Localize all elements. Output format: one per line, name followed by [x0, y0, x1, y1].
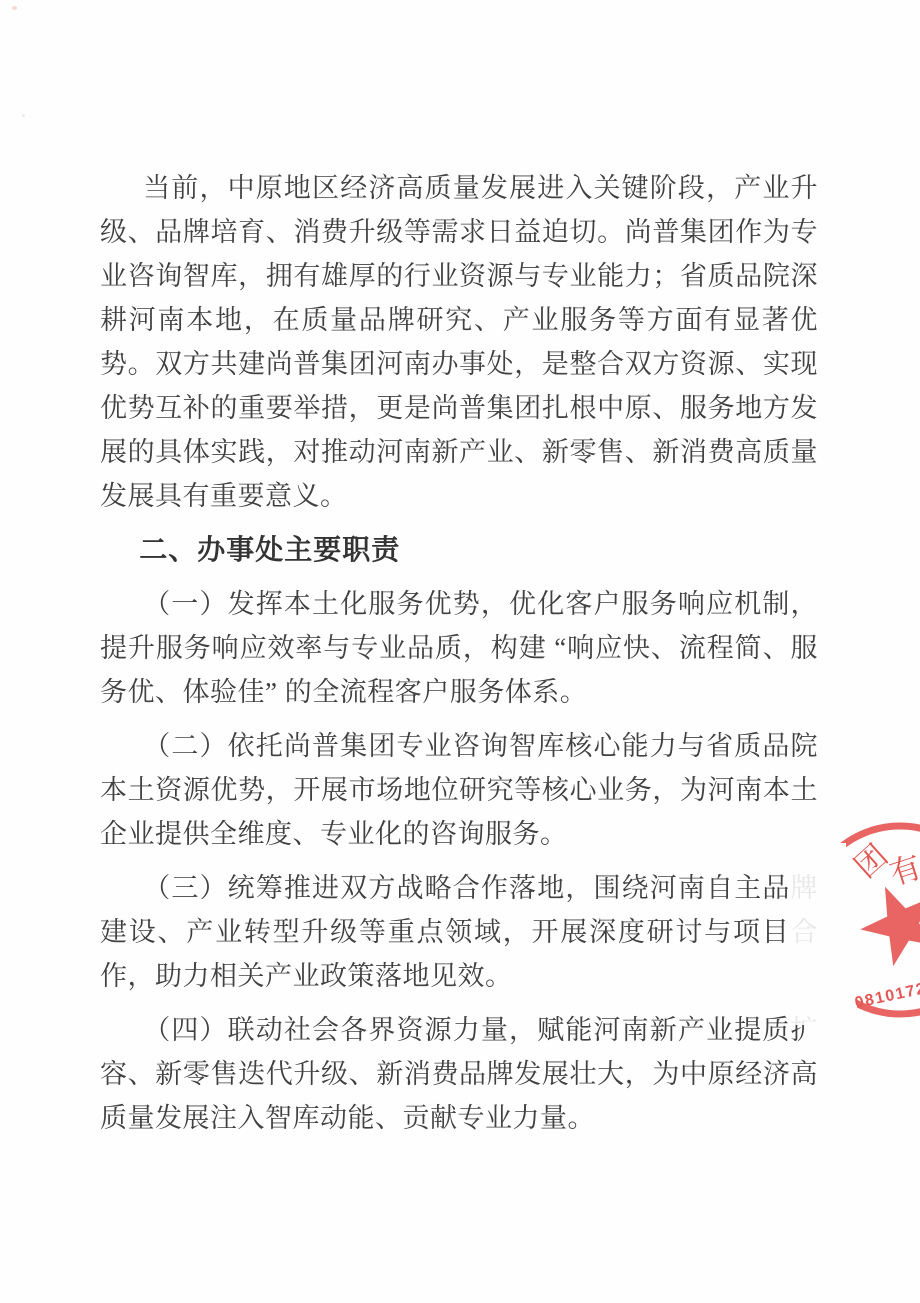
document-body: 当前，中原地区经济高质量发展进入关键阶段，产业升级、品牌培育、消费升级等需求日益…: [100, 0, 818, 1140]
section-heading: 二、办事处主要职责: [100, 528, 818, 572]
seal-star-icon: [848, 870, 920, 972]
paragraph-intro: 当前，中原地区经济高质量发展进入关键阶段，产业升级、品牌培育、消费升级等需求日益…: [100, 166, 818, 518]
paragraph-duty-3: （三）统筹推进双方战略合作落地，围绕河南自主品牌建设、产业转型升级等重点领域，开…: [100, 866, 818, 998]
document-page: 当前，中原地区经济高质量发展进入关键阶段，产业升级、品牌培育、消费升级等需求日益…: [0, 0, 920, 1303]
paragraph-duty-1: （一）发挥本土化服务优势，优化客户服务响应机制，提升服务响应效率与专业品质，构建…: [100, 582, 818, 714]
seal-arc-char-2: 有: [885, 849, 920, 892]
seal-ring: [806, 826, 920, 1014]
paragraph-duty-4: （四）联动社会各界资源力量，赋能河南新产业提质扩容、新零售迭代升级、新消费品牌发…: [100, 1008, 818, 1140]
seal-arc-char-1: 团: [848, 838, 894, 885]
scan-noise-speck: [12, 6, 17, 10]
scan-noise-speck: [22, 114, 25, 117]
paragraph-duty-2: （二）依托尚普集团专业咨询智库核心能力与省质品院本土资源优势，开展市场地位研究等…: [100, 724, 818, 856]
seal-serial-number: 0810172: [853, 980, 920, 1012]
